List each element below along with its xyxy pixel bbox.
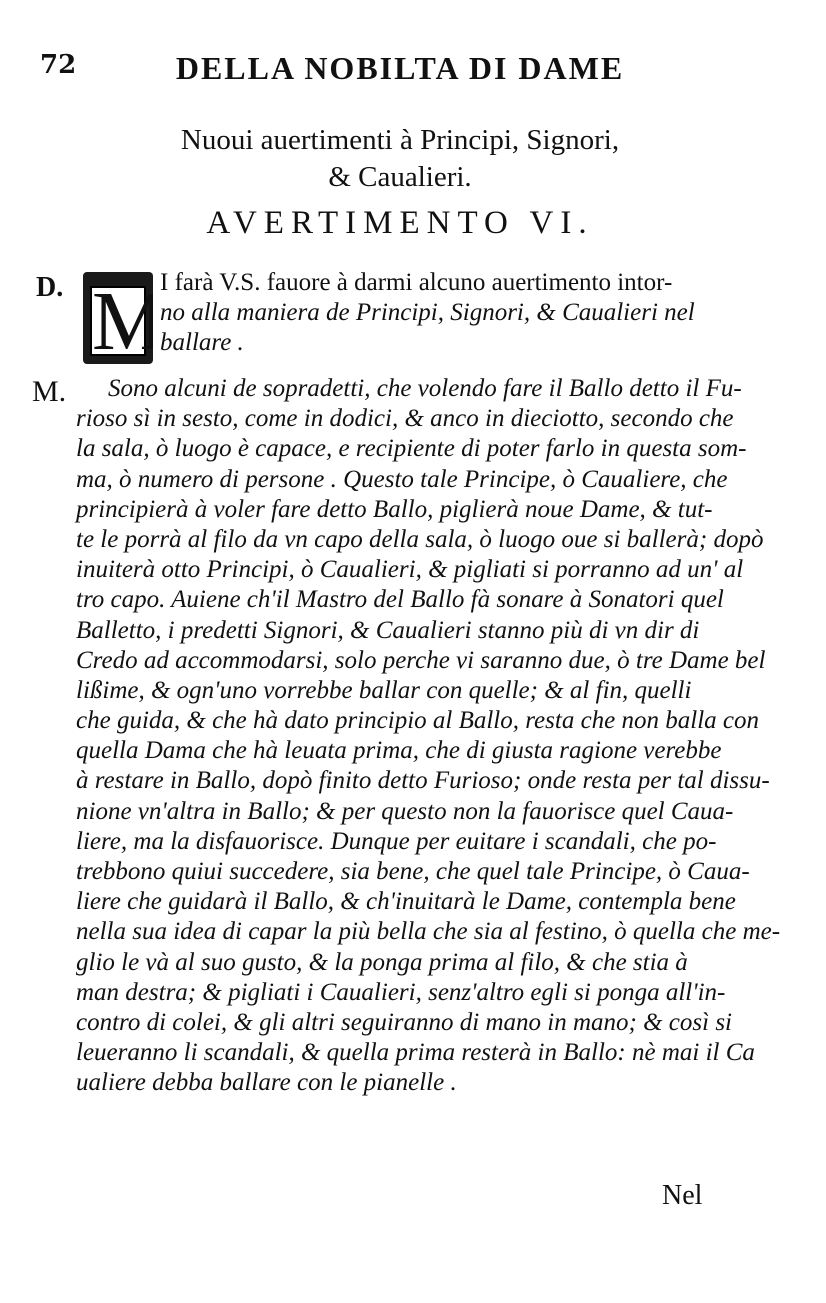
text-line: che guida, & che hà dato principio al Ba… bbox=[76, 706, 780, 736]
section-title-line-2: & Caualieri. bbox=[100, 159, 700, 196]
answer-paragraph: Sono alcuni de sopradetti, che volendo f… bbox=[76, 374, 780, 1099]
text-line: leueranno li scandali, & quella prima re… bbox=[76, 1038, 780, 1068]
text-line: te le porrà al filo da vn capo della sal… bbox=[76, 525, 780, 555]
text-line: nella sua idea di capar la più bella che… bbox=[76, 917, 780, 947]
text-line: ma, ò numero di persone . Questo tale Pr… bbox=[76, 465, 780, 495]
text-line: Balletto, i predetti Signori, & Caualier… bbox=[76, 616, 780, 646]
text-line: Credo ad accommodarsi, solo perche vi sa… bbox=[76, 646, 780, 676]
text-line: no alla maniera de Principi, Signori, & … bbox=[160, 298, 695, 328]
text-line: ualiere debba ballare con le pianelle . bbox=[76, 1068, 780, 1098]
running-title: DELLA NOBILTA DI DAME bbox=[130, 50, 670, 87]
ornamental-drop-cap-icon: M bbox=[83, 272, 153, 364]
text-line: quella Dama che hà leuata prima, che di … bbox=[76, 736, 780, 766]
chapter-heading: AVERTIMENTO VI. bbox=[100, 205, 700, 242]
text-line: inuiterà otto Principi, ò Caualieri, & p… bbox=[76, 555, 780, 585]
text-line: liere, ma la disfauorisce. Dunque per eu… bbox=[76, 827, 780, 857]
catchword: Nel bbox=[662, 1180, 702, 1212]
text-line: rioso sì in sesto, come in dodici, & anc… bbox=[76, 404, 780, 434]
text-line: principierà à voler fare detto Ballo, pi… bbox=[76, 495, 780, 525]
speaker-m-label: M. bbox=[32, 375, 66, 409]
text-line: I farà V.S. fauore à darmi alcuno auerti… bbox=[160, 268, 695, 298]
text-line: contro di colei, & gli altri seguiranno … bbox=[76, 1008, 780, 1038]
question-paragraph: I farà V.S. fauore à darmi alcuno auerti… bbox=[160, 268, 695, 359]
speaker-d-label: D. bbox=[36, 272, 63, 304]
text-line: à restare in Ballo, dopò finito detto Fu… bbox=[76, 766, 780, 796]
section-title: Nuoui auertimenti à Principi, Signori, &… bbox=[100, 122, 700, 196]
text-line: lißime, & ogn'uno vorrebbe ballar con qu… bbox=[76, 676, 780, 706]
section-title-line-1: Nuoui auertimenti à Principi, Signori, bbox=[100, 122, 700, 159]
text-line: nione vn'altra in Ballo; & per questo no… bbox=[76, 797, 780, 827]
text-line: tro capo. Auiene ch'il Mastro del Ballo … bbox=[76, 585, 780, 615]
text-line: la sala, ò luogo è capace, e recipiente … bbox=[76, 434, 780, 464]
text-line: glio le và al suo gusto, & la ponga prim… bbox=[76, 948, 780, 978]
text-line: trebbono quiui succedere, sia bene, che … bbox=[76, 857, 780, 887]
book-page: 72 DELLA NOBILTA DI DAME Nuoui auertimen… bbox=[0, 0, 826, 1303]
text-line: Sono alcuni de sopradetti, che volendo f… bbox=[76, 374, 780, 404]
text-line: man destra; & pigliati i Caualieri, senz… bbox=[76, 978, 780, 1008]
text-line: ballare . bbox=[160, 328, 695, 358]
drop-cap-frame: M bbox=[90, 286, 146, 356]
text-line: liere che guidarà il Ballo, & ch'inuitar… bbox=[76, 887, 780, 917]
drop-cap-letter: M bbox=[92, 280, 148, 364]
page-number: 72 bbox=[40, 50, 76, 80]
